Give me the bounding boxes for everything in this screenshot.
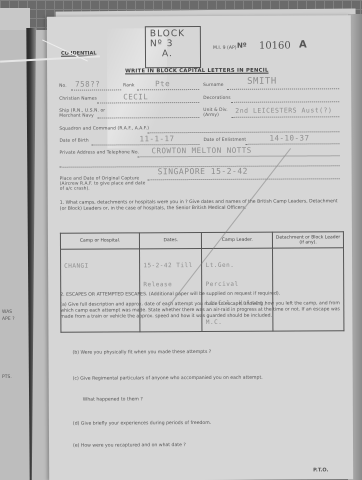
- label-dob: Date of Birth: [59, 139, 88, 144]
- serial-number: 10160: [259, 41, 291, 52]
- question-2d: (d) Give briefly your experiences during…: [73, 421, 211, 428]
- question-1: 1. What camps, detachments or hospitals …: [60, 199, 344, 212]
- col-camp-leader: Camp Leader.: [202, 232, 273, 248]
- label-unit: Unit & Div. (Army): [203, 108, 233, 118]
- value-rank: Pte: [155, 79, 170, 88]
- col-block-leader: Detachment or Block Leader (if any).: [273, 232, 344, 248]
- question-2e: (e) How were you recaptured and on what …: [73, 443, 186, 450]
- question-2a: (a) Give full description and approx. da…: [60, 301, 344, 320]
- question-2b: (b) Were you physically fit when you mad…: [73, 350, 212, 357]
- label-rank: Rank: [123, 83, 134, 88]
- value-unit: 2nd LEICESTERS Aust(?): [235, 106, 332, 115]
- col-dates: Dates.: [140, 232, 202, 248]
- label-no: No.: [59, 84, 67, 89]
- label-enlistment: Date of Enlistment: [203, 138, 246, 143]
- label-capture: Place and Date of Original Capture (Airc…: [60, 176, 146, 191]
- question-2c-followup: What happened to them ?: [83, 397, 143, 403]
- value-christian-names: CECIL: [123, 92, 148, 101]
- left-fragment-2: APE ?: [2, 317, 15, 322]
- value-capture: SINGAPORE 15-2-42: [158, 167, 248, 176]
- label-address: Private Address and Telephone No.: [59, 150, 139, 155]
- label-decorations: Decorations: [203, 96, 231, 101]
- form-page: CO IDENTIAL BLOCK Nº 3 A. M.I. 9 (AP) Nº…: [47, 15, 353, 480]
- value-dob: 11-1-17: [139, 134, 174, 143]
- instruction-heading: WRITE IN BLOCK CAPITAL LETTERS IN PENCIL: [125, 68, 269, 75]
- value-enlistment: 14-10-37: [269, 133, 309, 142]
- value-surname: SMITH: [247, 77, 277, 87]
- serial-prefix: Nº: [237, 42, 247, 50]
- col-camp: Camp or Hospital.: [60, 233, 139, 249]
- label-squadron: Squadron and Command (R.A.F., A.A.F.): [59, 126, 149, 131]
- block-stamp-line2: Nº 3: [150, 39, 196, 49]
- label-surname: Surname: [203, 83, 223, 88]
- value-address: CROWTON MELTON NOTTS: [151, 146, 251, 156]
- serial-suffix: A: [299, 39, 307, 50]
- block-stamp: BLOCK Nº 3 A.: [145, 26, 201, 68]
- page-turn-over: P.T.O.: [313, 467, 328, 473]
- block-stamp-line1: BLOCK: [150, 29, 196, 39]
- left-fragment-3: PTS.: [2, 375, 12, 380]
- cell-camp: CHANGI: [64, 263, 89, 270]
- value-no: 758??: [75, 80, 100, 89]
- block-stamp-line3: A.: [150, 49, 196, 59]
- left-fragment-1: WAS: [2, 310, 12, 315]
- form-reference: M.I. 9 (AP): [213, 46, 237, 51]
- question-2c: (c) Give Regimental particulars of anyon…: [73, 376, 263, 383]
- label-christian-names: Christian Names: [59, 97, 97, 102]
